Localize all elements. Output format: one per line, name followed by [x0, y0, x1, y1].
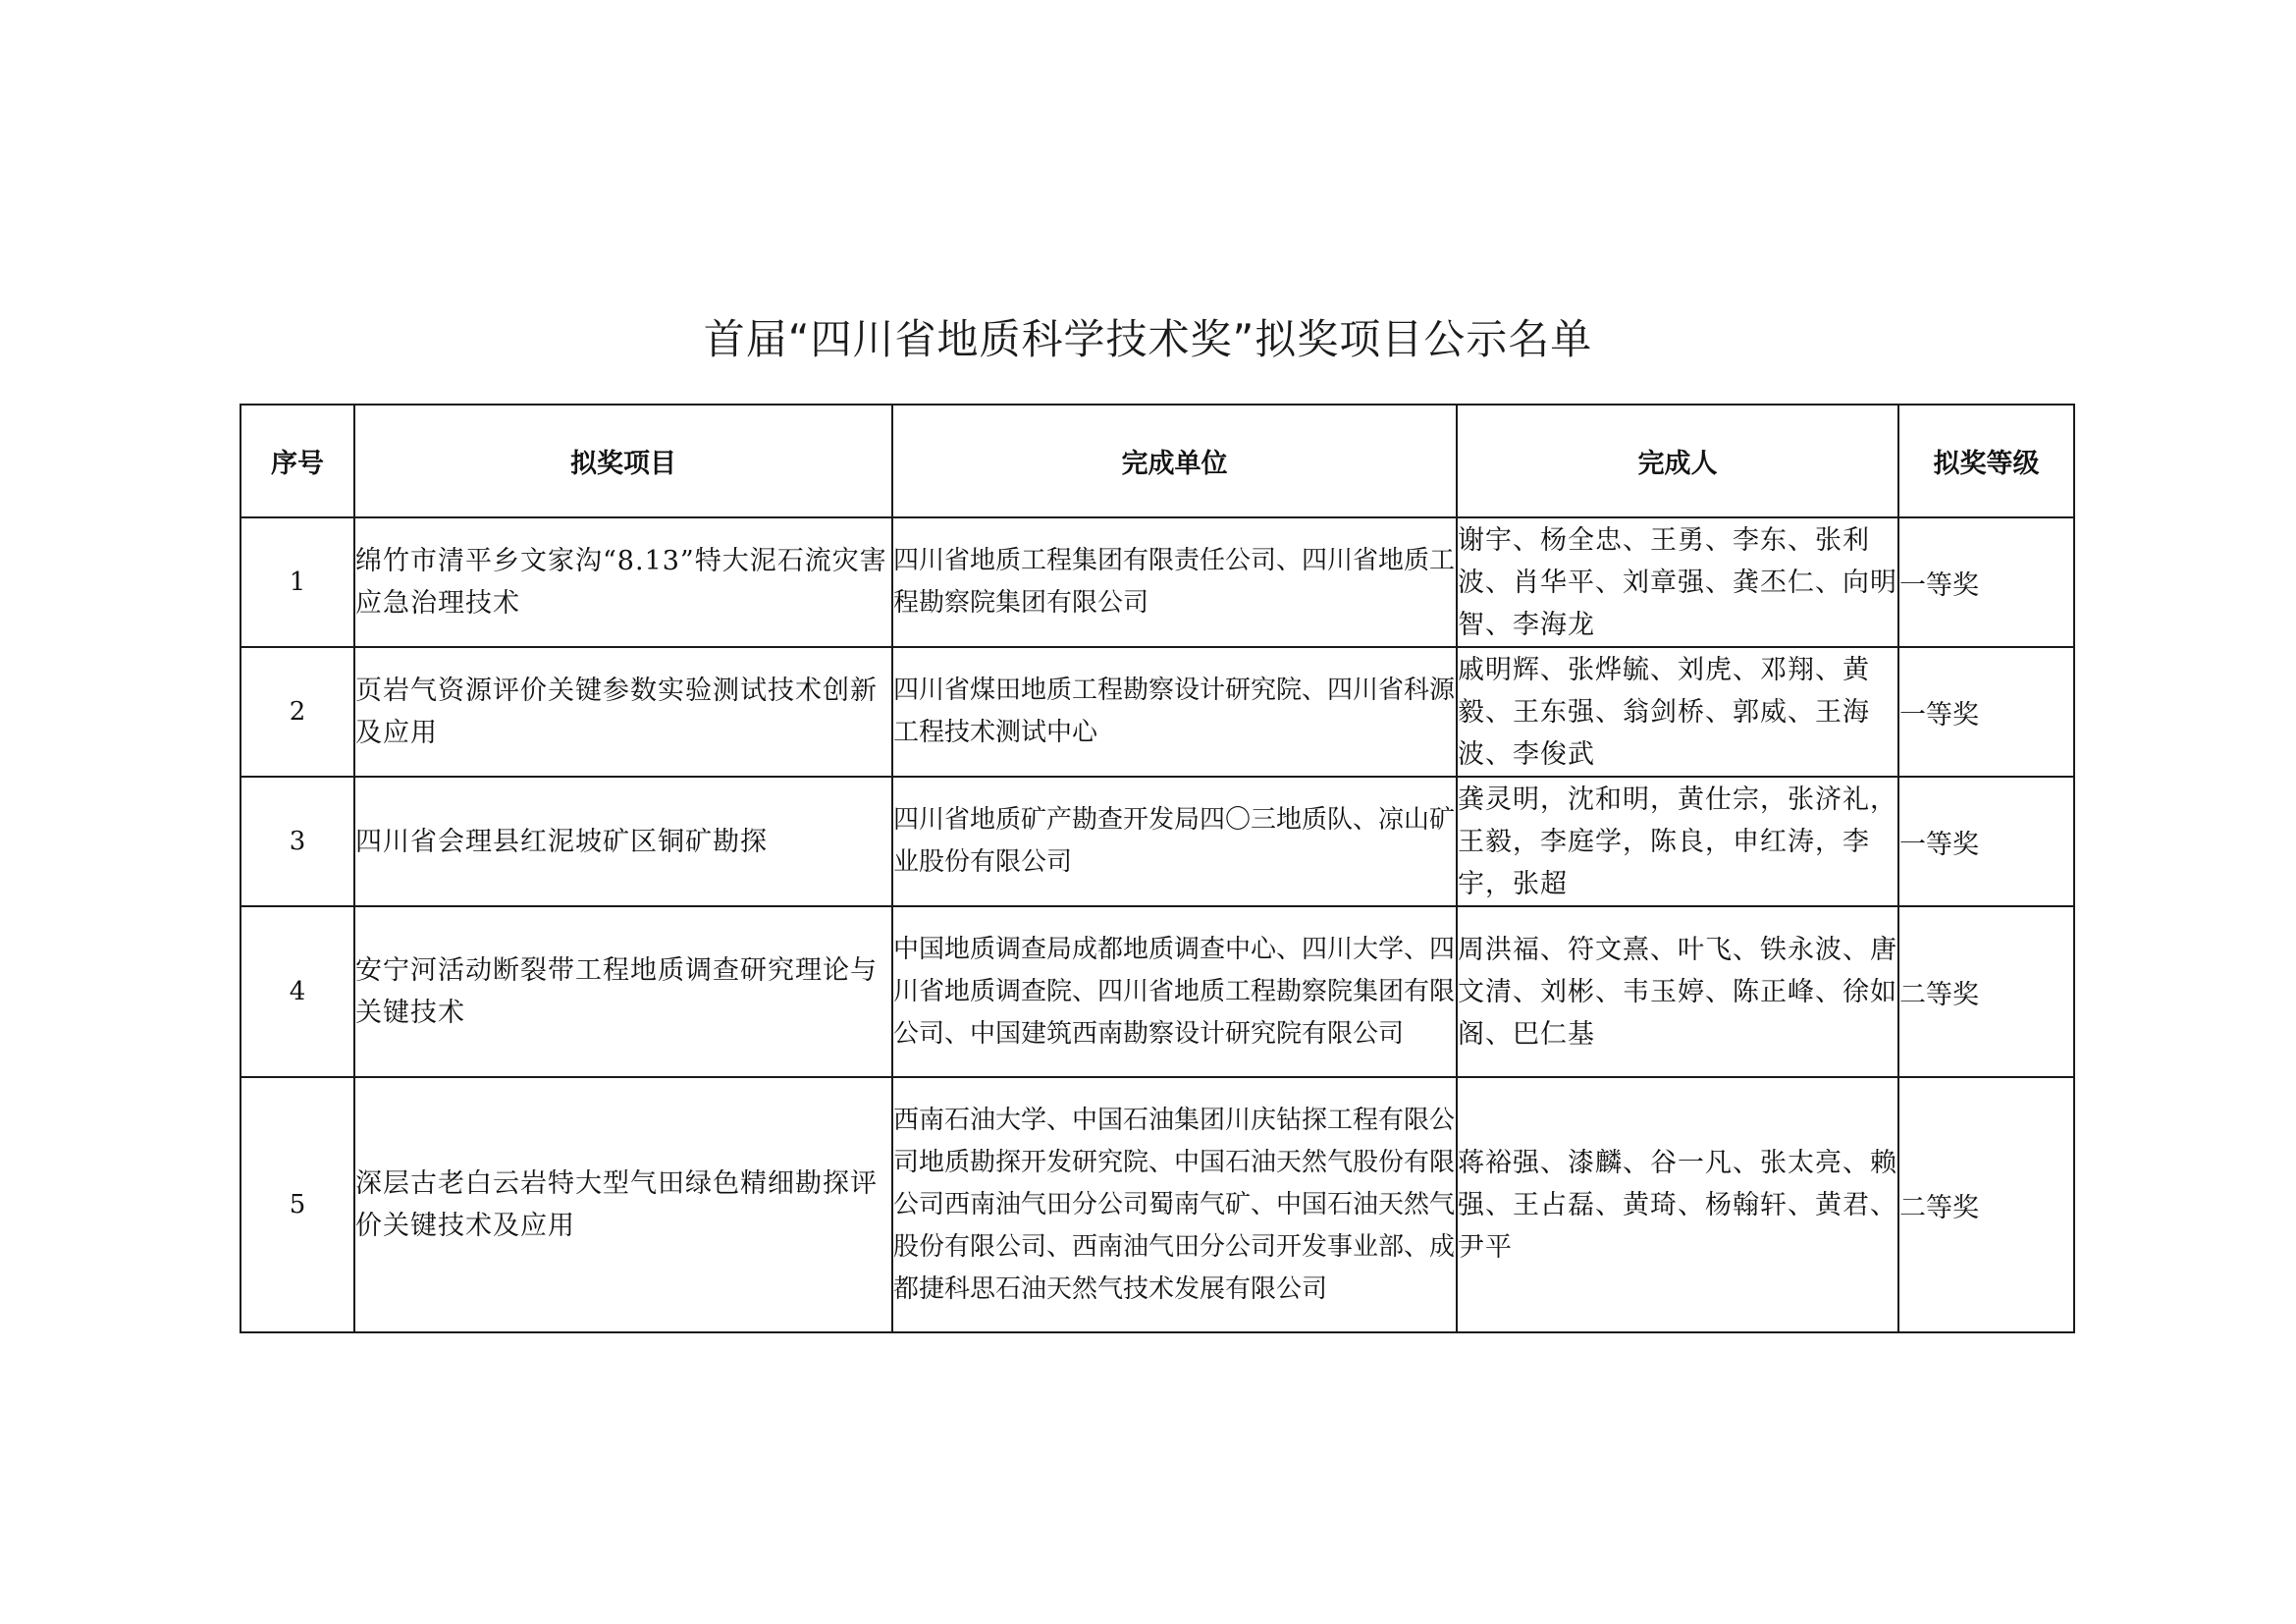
header-project: 拟奖项目 — [354, 405, 892, 517]
header-units: 完成单位 — [892, 405, 1457, 517]
table-row: 5 深层古老白云岩特大型气田绿色精细勘探评价关键技术及应用 西南石油大学、中国石… — [240, 1077, 2074, 1332]
cell-units: 西南石油大学、中国石油集团川庆钻探工程有限公司地质勘探开发研究院、中国石油天然气… — [892, 1077, 1457, 1332]
cell-units: 四川省地质工程集团有限责任公司、四川省地质工程勘察院集团有限公司 — [892, 517, 1457, 647]
table-row: 1 绵竹市清平乡文家沟“8.13”特大泥石流灾害应急治理技术 四川省地质工程集团… — [240, 517, 2074, 647]
cell-no: 4 — [240, 906, 354, 1077]
cell-no: 1 — [240, 517, 354, 647]
cell-units: 四川省地质矿产勘查开发局四〇三地质队、凉山矿业股份有限公司 — [892, 777, 1457, 906]
award-table: 序号 拟奖项目 完成单位 完成人 拟奖等级 1 绵竹市清平乡文家沟“8.13”特… — [240, 404, 2075, 1333]
header-people: 完成人 — [1457, 405, 1898, 517]
table-row: 3 四川省会理县红泥坡矿区铜矿勘探 四川省地质矿产勘查开发局四〇三地质队、凉山矿… — [240, 777, 2074, 906]
header-no: 序号 — [240, 405, 354, 517]
cell-units: 四川省煤田地质工程勘察设计研究院、四川省科源工程技术测试中心 — [892, 647, 1457, 777]
page-title: 首届“四川省地质科学技术奖”拟奖项目公示名单 — [0, 310, 2296, 369]
header-level: 拟奖等级 — [1898, 405, 2074, 517]
cell-people: 谢宇、杨全忠、王勇、李东、张利波、肖华平、刘章强、龚丕仁、向明智、李海龙 — [1457, 517, 1898, 647]
cell-people: 龚灵明，沈和明，黄仕宗，张济礼，王毅，李庭学，陈良，申红涛，李宇，张超 — [1457, 777, 1898, 906]
cell-project: 深层古老白云岩特大型气田绿色精细勘探评价关键技术及应用 — [354, 1077, 892, 1332]
cell-level: 一等奖 — [1898, 647, 2074, 777]
cell-people: 周洪福、符文熹、叶飞、铁永波、唐文清、刘彬、韦玉婷、陈正峰、徐如阁、巴仁基 — [1457, 906, 1898, 1077]
cell-project: 绵竹市清平乡文家沟“8.13”特大泥石流灾害应急治理技术 — [354, 517, 892, 647]
cell-project: 页岩气资源评价关键参数实验测试技术创新及应用 — [354, 647, 892, 777]
cell-project: 安宁河活动断裂带工程地质调查研究理论与关键技术 — [354, 906, 892, 1077]
table-row: 2 页岩气资源评价关键参数实验测试技术创新及应用 四川省煤田地质工程勘察设计研究… — [240, 647, 2074, 777]
cell-level: 一等奖 — [1898, 517, 2074, 647]
table-row: 4 安宁河活动断裂带工程地质调查研究理论与关键技术 中国地质调查局成都地质调查中… — [240, 906, 2074, 1077]
table-header-row: 序号 拟奖项目 完成单位 完成人 拟奖等级 — [240, 405, 2074, 517]
cell-level: 一等奖 — [1898, 777, 2074, 906]
cell-level: 二等奖 — [1898, 1077, 2074, 1332]
cell-no: 3 — [240, 777, 354, 906]
cell-people: 蒋裕强、漆麟、谷一凡、张太亮、赖强、王占磊、黄琦、杨翰轩、黄君、尹平 — [1457, 1077, 1898, 1332]
cell-no: 2 — [240, 647, 354, 777]
cell-no: 5 — [240, 1077, 354, 1332]
cell-units: 中国地质调查局成都地质调查中心、四川大学、四川省地质调查院、四川省地质工程勘察院… — [892, 906, 1457, 1077]
cell-project: 四川省会理县红泥坡矿区铜矿勘探 — [354, 777, 892, 906]
cell-people: 戚明辉、张烨毓、刘虎、邓翔、黄毅、王东强、翁剑桥、郭威、王海波、李俊武 — [1457, 647, 1898, 777]
cell-level: 二等奖 — [1898, 906, 2074, 1077]
